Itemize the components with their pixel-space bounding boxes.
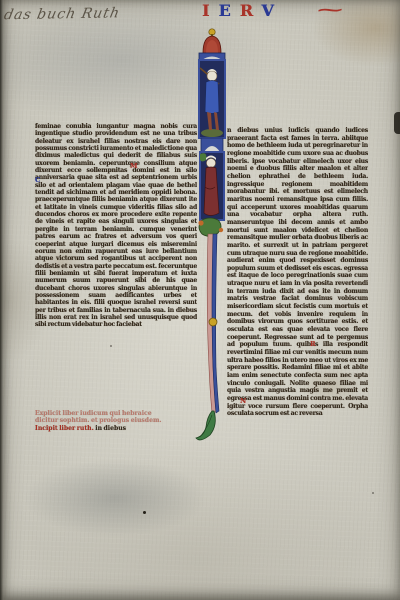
- page-edge-blot: [394, 112, 400, 134]
- judges-ending-text: feminae conubia iungantur magna nobis cu…: [35, 123, 197, 410]
- coloured-versal: C: [35, 177, 40, 184]
- green-drapery: [200, 153, 206, 161]
- coloured-versal: N: [240, 398, 246, 405]
- foliate-knot: [199, 218, 221, 236]
- figure-elimelech-head: [207, 71, 217, 81]
- page-left-edge-shadow: [0, 0, 3, 600]
- figure-naomi-head: [206, 158, 215, 167]
- orange-bud: [198, 220, 203, 225]
- text-column-right: n diebus unius iudicis quando iudices pr…: [227, 127, 368, 479]
- running-title: IERV: [202, 1, 283, 23]
- incipit-rubric: Incipit liber ruth.: [35, 425, 94, 432]
- coloured-versal: R: [310, 341, 316, 348]
- running-title-letter: R: [240, 1, 262, 20]
- ink-speck: [143, 511, 146, 514]
- running-title-letter: E: [218, 1, 239, 20]
- figure-elimelech-robe: [205, 81, 219, 114]
- incipit-rubric-black-tail: in diebus: [95, 425, 126, 432]
- coloured-versal: M: [130, 163, 138, 170]
- ground: [201, 129, 223, 137]
- illuminated-initial-I: [192, 27, 232, 455]
- red-paraph-squiggle: ⁓: [317, 0, 343, 19]
- rubric-block: Explicit liber iudicum qui hebraice dici…: [35, 410, 197, 432]
- text-column-left: feminae conubia iungantur magna nobis cu…: [35, 123, 197, 455]
- running-title-letter: V: [261, 1, 282, 20]
- gold-boss: [209, 318, 217, 326]
- manuscript-page: das buch Ruth IERV ⁓ feminae conubia iun…: [0, 0, 400, 600]
- running-title-letter: I: [202, 1, 218, 20]
- figure-naomi-robe: [204, 167, 219, 216]
- owner-inscription: das buch Ruth: [1, 1, 157, 32]
- ink-speck: [372, 492, 374, 494]
- explicit-rubric-line: Explicit liber iudicum qui hebraice: [35, 410, 197, 417]
- leaf-terminal: [196, 411, 215, 440]
- orange-bud: [219, 228, 223, 232]
- explicit-rubric-line: dicitur sophtim. et prologus eiusdem.: [35, 417, 197, 424]
